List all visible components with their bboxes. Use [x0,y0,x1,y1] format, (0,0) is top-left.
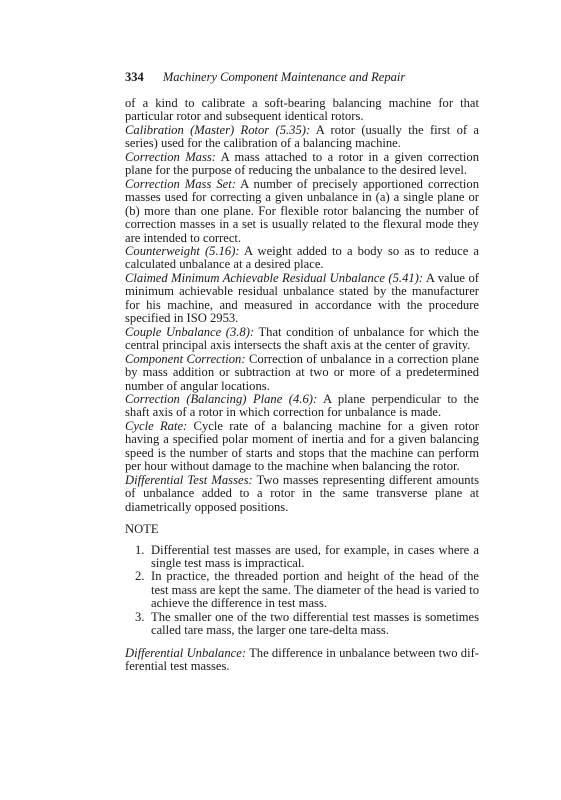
note-number: 3. [135,611,144,624]
page-body: of a kind to calibrate a soft-bearing ba… [125,97,479,674]
note-list: 1.Differential test masses are used, for… [125,544,479,638]
page-number: 334 [125,70,144,84]
note-text: The smaller one of the two differential … [151,610,479,637]
glossary-entry: Correction Mass: A mass attached to a ro… [125,151,479,178]
continuation-paragraph: of a kind to calibrate a soft-bearing ba… [125,97,479,124]
entry-term: Cycle Rate: [125,419,187,433]
glossary-entry: Correction Mass Set: A number of precise… [125,178,479,245]
book-page: 334 Machinery Component Maintenance and … [0,0,561,800]
note-item: 3.The smaller one of the two differentia… [125,611,479,638]
entry-term: Calibration (Master) Rotor (5.35): [125,123,310,137]
entry-term: Differential Unbalance: [125,646,246,660]
glossary-entry: Differential Unbalance: The difference i… [125,647,479,674]
glossary-entry: Claimed Minimum Achievable Residual Unba… [125,272,479,326]
note-item: 1.Differential test masses are used, for… [125,544,479,571]
entry-term: Couple Unbalance (3.8): [125,325,254,339]
note-text: In practice, the threaded portion and he… [151,569,479,610]
entry-term: Counterweight (5.16): [125,244,240,258]
glossary-entry: Differential Test Masses: Two masses rep… [125,474,479,514]
glossary-entry: Correction (Balancing) Plane (4.6): A pl… [125,393,479,420]
glossary-entry: Counterweight (5.16): A weight added to … [125,245,479,272]
note-item: 2.In practice, the threaded portion and … [125,570,479,610]
book-title: Machinery Component Maintenance and Repa… [163,70,405,84]
entry-term: Differential Test Masses: [125,473,253,487]
glossary-entry: Calibration (Master) Rotor (5.35): A rot… [125,124,479,151]
running-head: 334 Machinery Component Maintenance and … [125,70,405,84]
entry-term: Correction Mass Set: [125,177,236,191]
note-number: 2. [135,570,144,583]
note-number: 1. [135,544,144,557]
note-text: Differential test masses are used, for e… [151,543,479,570]
glossary-entry: Cycle Rate: Cycle rate of a balancing ma… [125,420,479,474]
glossary-entry: Couple Unbalance (3.8): That condition o… [125,326,479,353]
entry-term: Correction Mass: [125,150,216,164]
entry-term: Correction (Balancing) Plane (4.6): [125,392,317,406]
entry-term: Claimed Minimum Achievable Residual Unba… [125,271,423,285]
note-heading: NOTE [125,523,479,536]
entry-term: Component Correction: [125,352,246,366]
glossary-entry: Component Correction: Correction of unba… [125,353,479,393]
